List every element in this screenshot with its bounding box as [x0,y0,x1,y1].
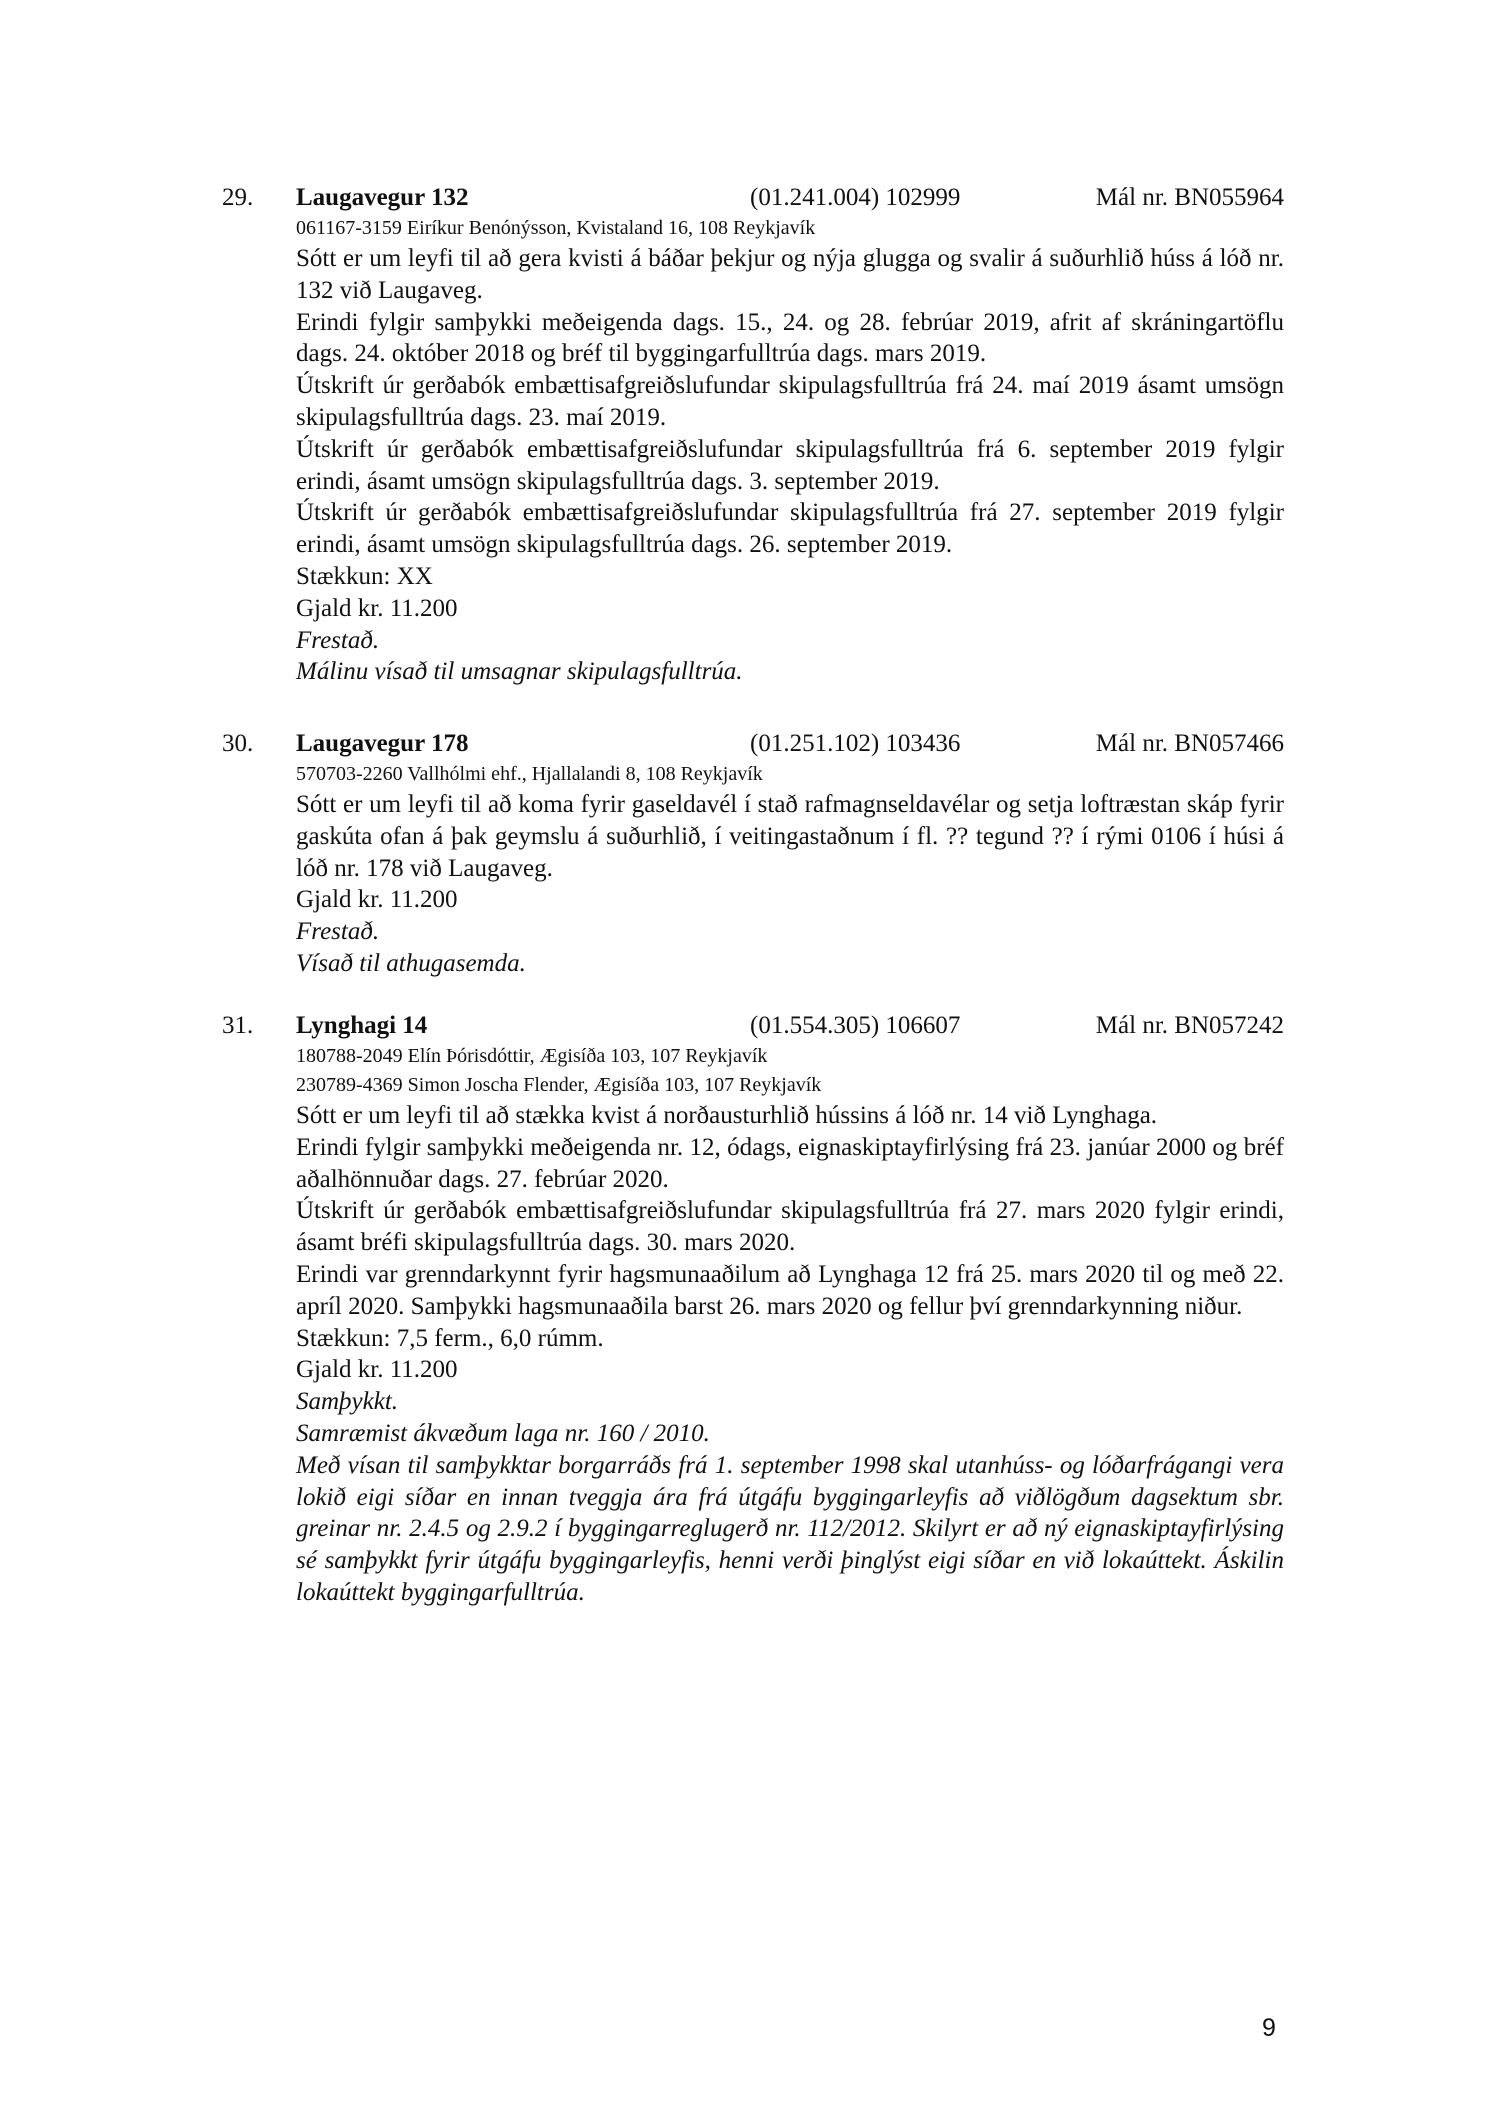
paragraph: Erindi fylgir samþykki meðeigenda dags. … [296,307,1284,371]
owner-line: 230789-4369 Simon Joscha Flender, Ægisíð… [296,1071,1284,1100]
entry-header: 29. Laugavegur 132 (01.241.004) 102999 M… [222,182,1284,214]
paragraph: Sótt er um leyfi til að gera kvisti á bá… [296,243,1284,307]
entry-body: 180788-2049 Elín Þórisdóttir, Ægisíða 10… [296,1042,1284,1609]
decision-note: Samræmist ákvæðum laga nr. 160 / 2010. [296,1418,1284,1450]
owner-line: 570703-2260 Vallhólmi ehf., Hjallalandi … [296,760,1284,789]
parcel-id: (01.554.305) 106607 [750,1010,960,1042]
case-entry-31: 31. Lynghagi 14 (01.554.305) 106607 Mál … [222,1010,1284,1609]
case-number: Mál nr. BN055964 [1096,182,1284,214]
entry-header: 30. Laugavegur 178 (01.251.102) 103436 M… [222,728,1284,760]
decision-status: Samþykkt. [296,1386,1284,1418]
parcel-id: (01.251.102) 103436 [750,728,960,760]
enlargement-line: Stækkun: 7,5 ferm., 6,0 rúmm. [296,1323,1284,1355]
owner-line: 180788-2049 Elín Þórisdóttir, Ægisíða 10… [296,1042,1284,1071]
case-entry-30: 30. Laugavegur 178 (01.251.102) 103436 M… [222,728,1284,980]
enlargement-line: Stækkun: XX [296,561,1284,593]
case-number: Mál nr. BN057466 [1096,728,1284,760]
fee-line: Gjald kr. 11.200 [296,1354,1284,1386]
paragraph: Útskrift úr gerðabók embættisafgreiðsluf… [296,370,1284,434]
entry-header: 31. Lynghagi 14 (01.554.305) 106607 Mál … [222,1010,1284,1042]
paragraph: Sótt er um leyfi til að koma fyrir gasel… [296,789,1284,884]
case-entry-29: 29. Laugavegur 132 (01.241.004) 102999 M… [222,182,1284,688]
fee-line: Gjald kr. 11.200 [296,593,1284,625]
paragraph: Sótt er um leyfi til að stækka kvist á n… [296,1100,1284,1132]
paragraph: Erindi fylgir samþykki meðeigenda nr. 12… [296,1132,1284,1196]
paragraph: Útskrift úr gerðabók embættisafgreiðsluf… [296,497,1284,561]
entry-body: 061167-3159 Eiríkur Benónýsson, Kvistala… [296,214,1284,688]
paragraph: Útskrift úr gerðabók embættisafgreiðsluf… [296,1195,1284,1259]
paragraph: Útskrift úr gerðabók embættisafgreiðsluf… [296,434,1284,498]
property-name: Lynghagi 14 [296,1010,427,1042]
decision-status: Frestað. [296,916,1284,948]
decision-status: Frestað. [296,625,1284,657]
paragraph: Erindi var grenndarkynnt fyrir hagsmunaa… [296,1259,1284,1323]
entry-number: 31. [222,1010,253,1042]
entry-number: 29. [222,182,253,214]
decision-note: Vísað til athugasemda. [296,948,1284,980]
property-name: Laugavegur 178 [296,728,468,760]
parcel-id: (01.241.004) 102999 [750,182,960,214]
decision-conditions: Með vísan til samþykktar borgarráðs frá … [296,1450,1284,1609]
owner-line: 061167-3159 Eiríkur Benónýsson, Kvistala… [296,214,1284,243]
fee-line: Gjald kr. 11.200 [296,884,1284,916]
entry-number: 30. [222,728,253,760]
property-name: Laugavegur 132 [296,182,468,214]
entry-body: 570703-2260 Vallhólmi ehf., Hjallalandi … [296,760,1284,980]
decision-note: Málinu vísað til umsagnar skipulagsfullt… [296,656,1284,688]
page-number: 9 [1262,2014,1276,2043]
case-number: Mál nr. BN057242 [1096,1010,1284,1042]
document-page: 29. Laugavegur 132 (01.241.004) 102999 M… [0,0,1500,2122]
